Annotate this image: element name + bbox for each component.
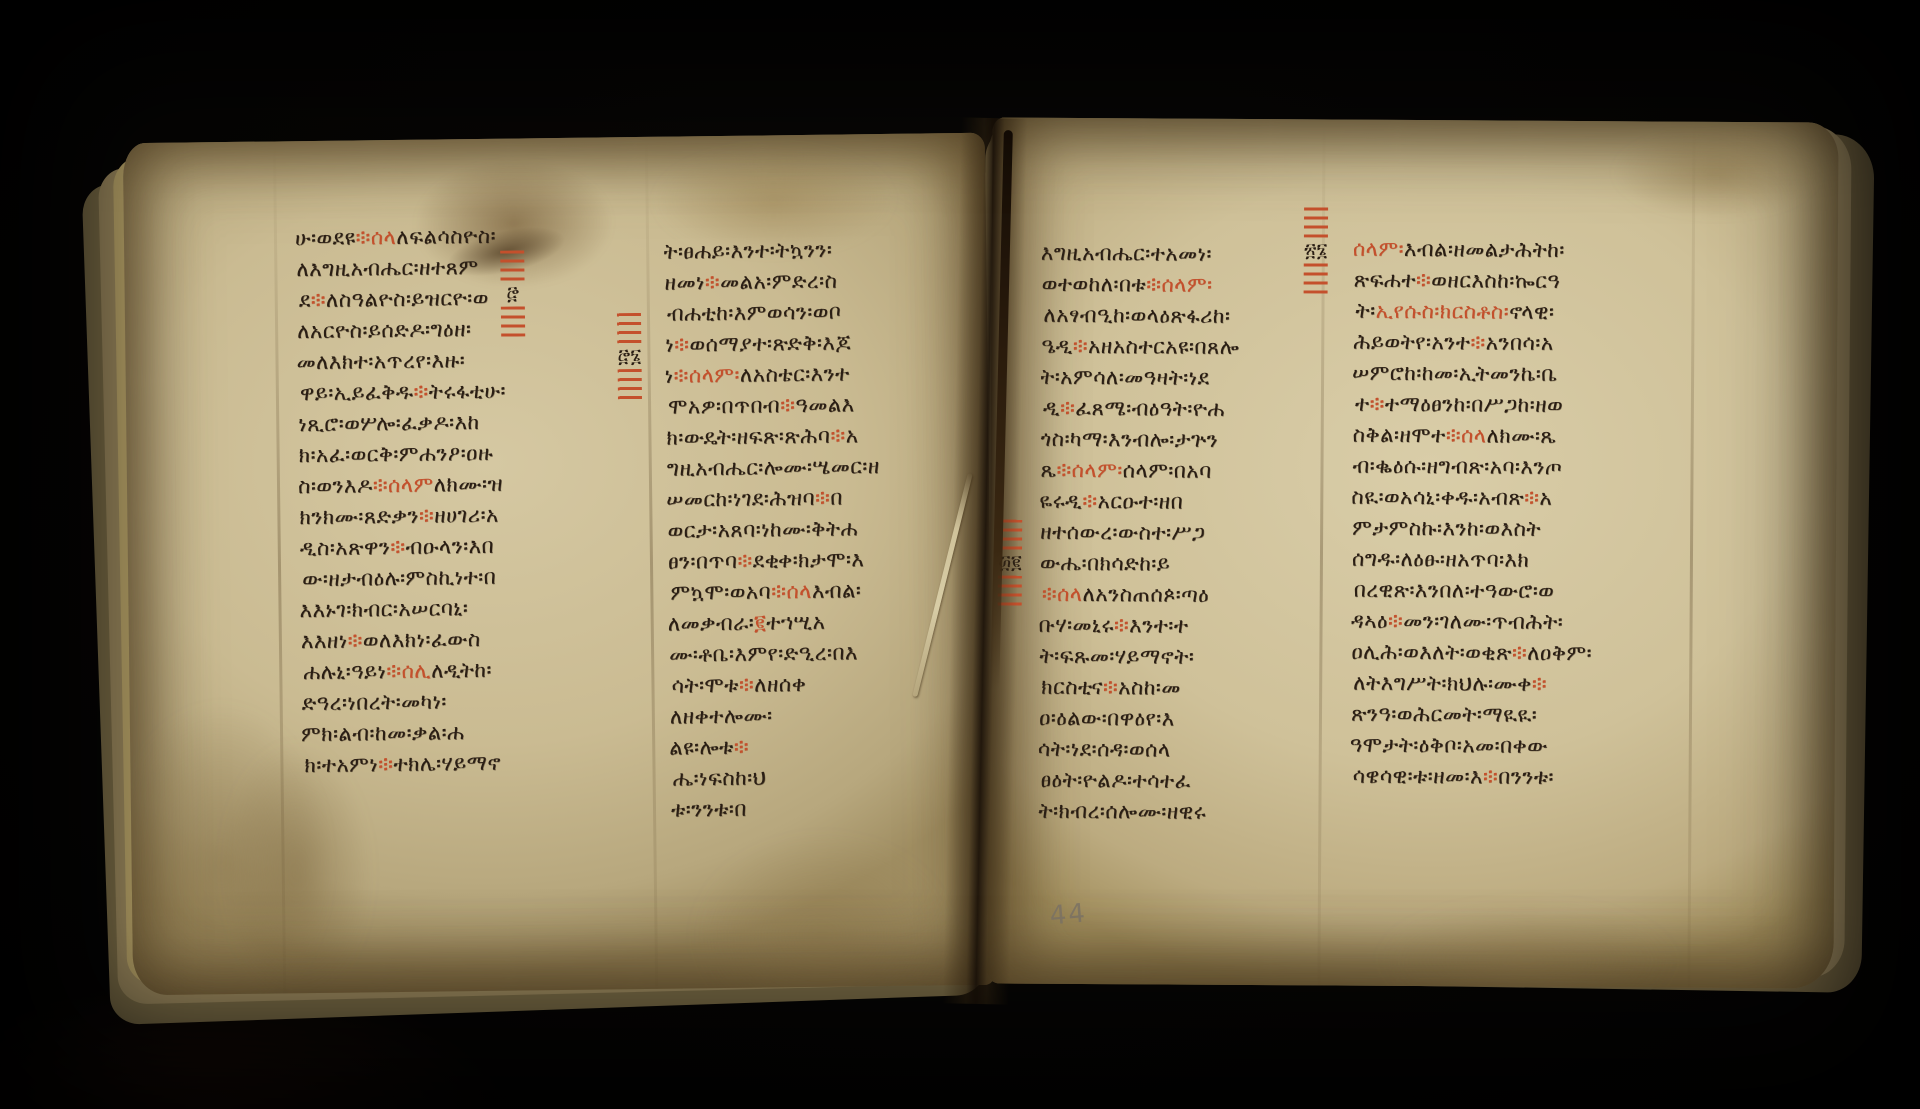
ink-text: ዲ [1043, 396, 1060, 420]
text-line: ክ፡ተአምነ፨ተክሌ፡ሃይማኖ [304, 746, 641, 781]
text-line: ድዓረ፡ነበረት፡መካነ፡ [301, 684, 639, 719]
text-line: ፀዕት፡ዮልዶ፡ተሳተፈ [1041, 765, 1343, 798]
ink-text: ነ [665, 364, 674, 388]
text-line: ዓሞታት፡ዕቅቦ፡አመ፡በቀው [1350, 730, 1679, 763]
rubric-text: ፨ሰላም፡ [673, 363, 740, 388]
ink-text: ስቅል፡ዘሞተ [1353, 423, 1446, 448]
rubric-dashes [617, 313, 641, 343]
ink-text: ሰግዱ፡ለዕፁ፡ዘአጥባ፡እክ [1352, 547, 1529, 572]
ink-text: በ [830, 486, 843, 510]
rubric-text: ፨ሰላ [1042, 582, 1083, 606]
rubric-text: ፨ [830, 423, 846, 447]
ink-text: ደቂቀ፡ክታሞ፡እ [753, 547, 865, 572]
rubric-text: ፨ [311, 288, 327, 312]
rubric-text: ፨ [390, 535, 406, 559]
rubric-text: ፨ሰላም [373, 473, 434, 498]
ruling-crease [273, 141, 286, 993]
ink-text: ዓሞታት፡ዕቅቦ፡አመ፡በቀው [1350, 733, 1547, 758]
text-line: ነጺሮ፡ወሦሎ፡ፈቃዶ፡እከ [298, 405, 636, 440]
ink-text: እእዘነ [301, 629, 348, 654]
text-line: ምታምስኩ፡እንከ፡ወእስት [1352, 513, 1682, 546]
rubric-text: ፨ሰላም፡ [1146, 272, 1212, 296]
ink-text: ልዩ፡ሎቱ [669, 735, 734, 760]
rubric-text: ፨ሰላ [355, 225, 396, 249]
ink-text: ተኀሢአ [766, 610, 826, 635]
rubric-text: ፨ [1483, 764, 1498, 788]
text-line: ጽፍሐተ፨ወዘርእስከ፡ኰርዓ [1354, 265, 1684, 298]
ethiopic-numeral: ፸ [506, 282, 519, 304]
rubric-text: ፨ [1370, 392, 1385, 416]
ink-text: ክ፡አፈ፡ወርቅ፡ምሐንዖ፡ዐዙ [299, 441, 494, 467]
rubric-text: ሰላም፡ [1353, 237, 1404, 261]
ink-text: ዋይ፡ኢይፈቅዱ [300, 380, 414, 405]
ink-text: ድዓረ፡ነበረት፡መካነ፡ [302, 689, 447, 715]
ink-text: እንተ፡ተ [1129, 613, 1188, 637]
rubric-text: ፨ሰላ [771, 579, 812, 603]
ink-text: ለዘቀተሎሙ፡ [670, 703, 773, 728]
text-line: ብ፡ቈዕሱ፡ዘግብጽ፡አባ፡እንጦ [1352, 451, 1682, 484]
ink-text: ዘሀገሪ፡አ [434, 503, 499, 528]
ink-text: እብል፡ዘመልታሕትከ፡ [1404, 237, 1565, 262]
text-line: ሐሉኒ፡ዓይነ፨ሰሊለዲትከ፡ [303, 653, 641, 688]
rubric-dashes [618, 369, 642, 399]
ink-text: ለዘሰቀ [754, 672, 806, 697]
ink-text: ለአንስጠሰጶ፡ጣዕ [1082, 582, 1209, 607]
ink-text: ኖላዊ፡ [1509, 300, 1554, 324]
text-line: በረዊጽ፡እንበለ፡ተዓውሮ፡ወ [1354, 575, 1684, 608]
text-line: ለእግዚአብሔር፡ዘተጸም [296, 250, 634, 285]
ink-text: አስከ፡መ [1118, 675, 1181, 699]
ink-text: አ [1539, 486, 1552, 510]
rubric-text: ፨ [1060, 396, 1075, 420]
rubric-text: ፨ [1082, 489, 1097, 513]
ink-text: ዬሩዲ [1039, 489, 1082, 513]
rubric-dashes [1304, 263, 1328, 293]
text-line: ደ፨ለስዓልዮስ፡ይዝርዮ፡ወ [299, 281, 637, 316]
ink-text: ተ [1355, 392, 1370, 416]
ink-text: ጎስ፡ካማ፡እንብሎ፡ታጕን [1041, 427, 1219, 452]
ink-text: ወርታ፡አጸባ፡ነከሙ፡ቅትሐ [667, 516, 858, 542]
text-line: ጼ፨ሰላም፡ሰላም፡በአባ [1040, 455, 1342, 488]
stain [1377, 900, 1678, 989]
ink-text: ዐሊሕ፡ወእለት፡ወቂጽ [1351, 640, 1512, 665]
text-line: ት፡ፍጹመ፡ሃይማኖት፡ [1039, 641, 1341, 674]
ink-text: ዐ፡ዕልው፡በዋዕየ፡እ [1039, 706, 1175, 731]
text-line: ምኳሞ፡ወአባ፨ሰላእብል፡ [670, 574, 970, 609]
text-line: ለትእግሥት፡ክህሉ፡ሙቀ፨ [1353, 668, 1683, 701]
rubric-text: ኢየሱስ፡ክርስቶስ፡ [1376, 299, 1510, 324]
rubric-text: ፨ [1470, 330, 1485, 354]
ink-text: ለአፃብዒከ፡ወላዕጽፋሪከ፡ [1043, 303, 1230, 328]
ink-text: ሁ፡ወደዩ [296, 225, 356, 250]
ink-text: ስዪ፡ወአሳኒ፡ቀዱ፡አብጽ [1351, 485, 1524, 510]
ink-text: እብል፡ [812, 578, 862, 603]
text-line: ዋይ፡ኢይፈቅዱ፨ትሩፋቲሁ፡ [300, 374, 638, 409]
stain [1612, 127, 1823, 218]
text-line: ለመቃብራ፡፪ተኀሢአ [668, 605, 968, 640]
ink-text: ሠምሮከ፡ከመ፡ኢትመንኬ፡ቤ [1352, 361, 1558, 386]
rubric-text: ፨ [1073, 334, 1088, 358]
fold-crease [1687, 122, 1695, 988]
text-line: ት፡ኢየሱስ፡ክርስቶስ፡ኖላዊ፡ [1355, 296, 1684, 329]
ink-text: ፈጸሜ፡ብዕዓት፡ዮሐ [1075, 396, 1225, 421]
text-line: ሞአዎ፡በጥበብ፨ዓመልእ [668, 388, 968, 423]
text-line: ስቅል፡ዘሞተ፨ሰላለክሙ፡ጼ [1353, 420, 1683, 453]
text-column-right-2: ሰላም፡እብል፡ዘመልታሕትከ፡ጽፍሐተ፨ወዘርእስከ፡ኰርዓት፡ኢየሱስ፡ክር… [1350, 234, 1683, 808]
ink-text: ሙ፡ቶቤ፡እምየ፡ድዒረ፡በእ [669, 640, 858, 666]
rubric-text: ፨ [674, 332, 690, 356]
text-line: ልዩ፡ሎቱ፨ [669, 729, 969, 764]
text-line: ስ፡ወንእዶ፨ሰላምለክሙ፡ዝ [298, 467, 636, 502]
ink-text: ወዘርእስከ፡ኰርዓ [1431, 268, 1560, 293]
ink-text: በንንቱ፡ [1498, 765, 1554, 789]
ink-text: አንበሳ፡አ [1486, 330, 1554, 354]
ink-text: ዳኣዕ [1351, 609, 1388, 633]
ink-text: ዘመነ [664, 270, 705, 294]
ink-text: ትሩፋቲሁ፡ [429, 379, 506, 404]
text-line: ወርታ፡አጸባ፡ነከሙ፡ቅትሐ [667, 512, 967, 547]
rubric-text: ፨ [413, 380, 429, 404]
text-line: ሠመርከ፡ነገደ፡ሕዝባ፨በ [666, 481, 966, 516]
rubric-text: ፨ሰሊ [386, 659, 431, 684]
ink-text: እእኑገ፡ክብር፡አሠርባኒ፡ [299, 596, 468, 622]
ink-text: መን፡ገለሙ፡ጥብሕት፡ [1403, 609, 1563, 634]
text-line: ዐ፡ዕልው፡በዋዕየ፡እ [1039, 703, 1341, 736]
ink-text: ግዚአብሔር፡ሎሙ፡ሤመር፡ዘ [667, 454, 880, 481]
ink-text: ተክሌ፡ሃይማኖ [393, 751, 501, 776]
rubric-text: ፨ [1416, 268, 1431, 292]
ink-text: ለፍልሳስዮስ፡ [396, 224, 496, 249]
rubric-text: ፨ [347, 628, 363, 652]
ink-text: ጽንዓ፡ወሕርመት፡ማዪዪ፡ [1351, 702, 1537, 727]
text-line: ሳዌሳዊ፡ቱ፡ዘመ፡እ፨በንንቱ፡ [1353, 761, 1683, 794]
ink-text: ቡሃ፡መኒሩ [1038, 613, 1114, 637]
text-line: ስዪ፡ወአሳኒ፡ቀዱ፡አብጽ፨አ [1351, 482, 1681, 515]
ink-text: አርዑተ፡ዘበ [1097, 489, 1183, 514]
text-column-right-1: እግዚአብሔር፡ተአመነ፡ወተወከለ፡በቱ፨ሰላም፡ለአፃብዒከ፡ወላዕጽፋሪከ… [1038, 238, 1344, 840]
ink-text: መልአ፡ምድረ፡ስ [720, 269, 838, 294]
text-line: እግዚአብሔር፡ተአመነ፡ [1041, 238, 1343, 271]
rubric-text: ፨ [419, 504, 435, 528]
text-line: ምክ፡ልብ፡ከመ፡ቃል፡ሐ [301, 715, 639, 750]
rubric-text: ፨ [1114, 613, 1129, 637]
text-line: ዲ፨ፈጸሜ፡ብዕዓት፡ዮሐ [1043, 393, 1344, 426]
ink-text: ክ፡ውዴት፡ዘፍጽ፡ጽሕባ [666, 424, 830, 450]
ink-text: ወተወከለ፡በቱ [1042, 272, 1147, 297]
text-line: ሰግዱ፡ለዕፁ፡ዘአጥባ፡እክ [1352, 544, 1682, 577]
text-line: ት፡ክብረ፡ሰሎሙ፡ዘዊሩ [1038, 796, 1340, 829]
text-line: ነ፨ወሰማያተ፡ጽድቅ፡እጆ [665, 326, 965, 361]
margin-ornament: ፳፮ [1304, 207, 1329, 293]
text-line: ዘመነ፨መልአ፡ምድረ፡ስ [664, 264, 964, 299]
ink-text: ምታምስኩ፡እንከ፡ወእስት [1352, 516, 1541, 541]
ink-text: ለመቃብራ፡ [668, 611, 755, 636]
text-line: ፨ሰላለአንስጠሰጶ፡ጣዕ [1042, 579, 1344, 612]
ink-text: ሕይወትየ፡አንተ [1353, 330, 1470, 355]
rubric-text: ፨ [734, 735, 750, 759]
ink-text: ዘተሰውረ፡ውስተ፡ሥጋ [1040, 520, 1205, 545]
rubric-text: ፨ [1524, 486, 1539, 510]
ink-text: ስ፡ወንእዶ [298, 473, 373, 498]
ink-text: ለስዓልዮስ፡ይዝርዮ፡ወ [326, 286, 489, 312]
ink-text: አ [845, 423, 858, 447]
ink-text: ነጺሮ፡ወሦሎ፡ፈቃዶ፡እከ [298, 410, 480, 436]
ink-text: ለዲትከ፡ [431, 658, 492, 683]
ink-text: ጼ [1040, 458, 1056, 482]
ink-text: ት፡አምሳለ፡መዓዛት፡ነደ [1040, 365, 1210, 390]
rubric-dashes [500, 250, 524, 280]
ink-text: ው፡ዘታብዕሉ፡ምስኪነተ፡በ [302, 565, 496, 591]
ink-text: ውሔ፡በክሳድከ፡ይ [1040, 551, 1170, 576]
ink-text: ሰላም፡በአባ [1123, 458, 1212, 483]
ink-text: ፀን፡በጥባ [668, 549, 738, 574]
ink-text: ት፡ [1355, 299, 1375, 323]
text-line: ብሐቲከ፡እምወሳን፡ወቦ [667, 295, 967, 330]
ink-text: ለክሙ፡ጼ [1486, 423, 1556, 447]
rubric-text: ፨ሰላ [1446, 423, 1487, 447]
ink-text: ብ፡ቈዕሱ፡ዘግብጽ፡አባ፡እንጦ [1352, 454, 1562, 479]
text-line: ው፡ዘታብዕሉ፡ምስኪነተ፡በ [302, 560, 640, 595]
text-line: ት፡ፀሐይ፡እንተ፡ትኳንን፡ [664, 233, 963, 268]
stain [691, 833, 953, 995]
rubric-text: ፨ [1103, 675, 1118, 699]
margin-ornament: ፸ [500, 250, 525, 336]
text-line: ሕይወትየ፡አንተ፨አንበሳ፡አ [1353, 327, 1683, 360]
margin-ornament: ፸፮ [617, 313, 642, 399]
ink-text: ት፡ፀሐይ፡እንተ፡ትኳንን፡ [664, 238, 832, 264]
ruling-crease [645, 137, 658, 989]
ink-text: ተማዕፀንከ፡በሥጋከ፡ዘወ [1385, 392, 1563, 417]
text-line: ቡሃ፡መኒሩ፨እንተ፡ተ [1038, 610, 1340, 643]
ink-text: ክርስቲና [1041, 675, 1103, 699]
text-column-left-1: ሁ፡ወደዩ፨ሰላለፍልሳስዮስ፡ለእግዚአብሔር፡ዘተጸምደ፨ለስዓልዮስ፡ይዝ… [296, 219, 641, 793]
ink-text: ዲስ፡አጽዋን [300, 535, 391, 560]
rubric-text: ፨ሰላም፡ [1056, 458, 1122, 482]
ink-text: ለትእግሥት፡ክህሉ፡ሙቀ [1353, 671, 1532, 696]
text-line: ት፡አምሳለ፡መዓዛት፡ነደ [1040, 362, 1342, 395]
text-line: እእዘነ፨ወለእክነ፡ፈውስ [301, 622, 639, 657]
text-line: ዬሩዲ፨አርዑተ፡ዘበ [1039, 486, 1341, 519]
text-line: ተ፨ተማዕፀንከ፡በሥጋከ፡ዘወ [1355, 389, 1684, 422]
ink-text: ብዑላን፡እበ [405, 534, 494, 559]
ink-text: ወለእክነ፡ፈውስ [363, 627, 481, 652]
ink-text: ወሰማያተ፡ጽድቅ፡እጆ [689, 330, 851, 356]
text-line: ክ፡ውዴት፡ዘፍጽ፡ጽሕባ፨አ [666, 419, 966, 454]
text-line: እእኑገ፡ክብር፡አሠርባኒ፡ [299, 591, 637, 626]
ink-text: ለዐቅም፡ [1527, 641, 1592, 665]
ink-text: ፀዕት፡ዮልዶ፡ተሳተፈ [1041, 768, 1191, 793]
text-line: ዔዲ፨አዘአስተርአዩ፡በጸሎ [1041, 331, 1343, 364]
ink-text: ለአስቴር፡እንተ [740, 361, 850, 386]
ink-text: መለእክተ፡አጥረየ፡እዙ፡ [296, 348, 465, 374]
ink-text: ጽፍሐተ [1354, 268, 1416, 292]
right-page: እግዚአብሔር፡ተአመነ፡ወተወከለ፡በቱ፨ሰላም፡ለአፃብዒከ፡ወላዕጽፋሪከ… [987, 117, 1838, 988]
rubric-text: ፪ [754, 610, 766, 634]
manuscript-photo: ሁ፡ወደዩ፨ሰላለፍልሳስዮስ፡ለእግዚአብሔር፡ዘተጸምደ፨ለስዓልዮስ፡ይዝ… [0, 0, 1920, 1109]
rubric-text: ፨ [1532, 672, 1547, 696]
text-line: ለአርዮስ፡ይሰድዶ፡ግዕዘ፡ [297, 312, 635, 347]
ink-text: ለክሙ፡ዝ [433, 472, 503, 497]
rubric-text: ፨ [780, 393, 796, 417]
ink-text: ቱ፡ንንቱ፡በ [671, 797, 747, 822]
ethiopic-numeral: ፸፮ [617, 345, 641, 367]
text-line: ሳት፡ሞቱ፨ለዘሰቀ [671, 667, 971, 702]
text-line: ሳት፡ነደ፡ሰዳ፡ወሰላ [1038, 734, 1340, 767]
ink-text: ሞአዎ፡በጥበብ [668, 393, 780, 418]
rubric-text: ፨ [737, 549, 753, 573]
ink-text: ሳት፡ሞቱ [671, 673, 739, 698]
text-line: ወተወከለ፡በቱ፨ሰላም፡ [1042, 269, 1344, 302]
text-line: ሁ፡ወደዩ፨ሰላለፍልሳስዮስ፡ [296, 219, 633, 254]
ink-text: ለአርዮስ፡ይሰድዶ፡ግዕዘ፡ [297, 317, 472, 343]
text-line: ዐሊሕ፡ወእለት፡ወቂጽ፨ለዐቅም፡ [1351, 637, 1681, 670]
ink-text: እግዚአብሔር፡ተአመነ፡ [1041, 241, 1212, 266]
text-line: ክ፡አፈ፡ወርቅ፡ምሐንዖ፡ዐዙ [298, 436, 636, 471]
text-line: ነ፨ሰላም፡ለአስቴር፡እንተ [665, 357, 965, 392]
ink-text: ነ [665, 333, 674, 357]
text-line: ቱ፡ንንቱ፡በ [671, 791, 971, 826]
text-line: ክንክሙ፡ጸድቃን፨ዘሀገሪ፡አ [299, 498, 637, 533]
rubric-text: ፨ [1512, 641, 1527, 665]
ink-text: ክንክሙ፡ጸድቃን [299, 504, 419, 529]
text-column-left-2: ት፡ፀሐይ፡እንተ፡ትኳንን፡ዘመነ፨መልአ፡ምድረ፡ስብሐቲከ፡እምወሳን፡ወ… [664, 233, 971, 837]
ink-text: ምኳሞ፡ወአባ [670, 579, 771, 604]
text-line: ለዘቀተሎሙ፡ [670, 698, 970, 733]
ink-text: ለእግዚአብሔር፡ዘተጸም [296, 255, 478, 281]
ink-text: ት፡ክብረ፡ሰሎሙ፡ዘዊሩ [1038, 799, 1206, 824]
ink-text: ት፡ፍጹመ፡ሃይማኖት፡ [1039, 644, 1194, 669]
rubric-dashes [1304, 207, 1328, 237]
pencil-folio-number: 44 [1049, 898, 1088, 931]
ethiopic-numeral: ፳፮ [1304, 239, 1327, 261]
ink-text: በረዊጽ፡እንበለ፡ተዓውሮ፡ወ [1354, 578, 1555, 603]
text-line: ዲስ፡አጽዋን፨ብዑላን፡እበ [300, 529, 638, 564]
rubric-dashes [501, 306, 525, 336]
text-line: ፀን፡በጥባ፨ደቂቀ፡ክታሞ፡እ [668, 543, 968, 578]
ink-text: ክ፡ተአምነ [304, 752, 378, 777]
ink-text: ዓመልእ [795, 392, 854, 417]
text-line: መለእክተ፡አጥረየ፡እዙ፡ [296, 343, 634, 378]
left-page: ሁ፡ወደዩ፨ሰላለፍልሳስዮስ፡ለእግዚአብሔር፡ዘተጸምደ፨ለስዓልዮስ፡ይዝ… [123, 133, 995, 995]
text-line: ዘተሰውረ፡ውስተ፡ሥጋ [1040, 517, 1342, 550]
rubric-text: ፨ [815, 486, 831, 510]
text-line: ለአፃብዒከ፡ወላዕጽፋሪከ፡ [1043, 300, 1344, 333]
text-line: ሠምሮከ፡ከመ፡ኢትመንኬ፡ቤ [1352, 358, 1682, 391]
ink-text: ደ [299, 288, 311, 312]
ink-text: ዔዲ [1041, 334, 1073, 358]
text-line: ግዚአብሔር፡ሎሙ፡ሤመር፡ዘ [667, 450, 967, 485]
rubric-text: ፨ [378, 752, 394, 776]
text-line: ውሔ፡በክሳድከ፡ይ [1040, 548, 1342, 581]
ink-text: ሐሉኒ፡ዓይነ [303, 659, 386, 684]
rubric-text: ፨ [705, 270, 721, 294]
ink-text: አዘአስተርአዩ፡በጸሎ [1088, 334, 1239, 359]
text-line: ክርስቲና፨አስከ፡መ [1041, 672, 1343, 705]
text-line: ጽንዓ፡ወሕርመት፡ማዪዪ፡ [1351, 699, 1681, 732]
rubric-text: ፨ [1388, 609, 1403, 633]
ink-text: ምክ፡ልብ፡ከመ፡ቃል፡ሐ [301, 720, 465, 746]
text-line: ዳኣዕ፨መን፡ገለሙ፡ጥብሕት፡ [1350, 606, 1680, 639]
ink-text: ብሐቲከ፡እምወሳን፡ወቦ [667, 300, 842, 326]
ink-text: ሳት፡ነደ፡ሰዳ፡ወሰላ [1038, 737, 1170, 762]
ink-text: ሔ፡ነፍስከ፡ህ [672, 765, 766, 790]
text-line: ሰላም፡እብል፡ዘመልታሕትከ፡ [1353, 234, 1683, 267]
text-line: ጎስ፡ካማ፡እንብሎ፡ታጕን [1041, 424, 1343, 457]
text-line: ሔ፡ነፍስከ፡ህ [672, 760, 971, 795]
ink-text: ሳዌሳዊ፡ቱ፡ዘመ፡እ [1353, 764, 1483, 789]
ink-text: ሠመርከ፡ነገደ፡ሕዝባ [666, 486, 815, 512]
rubric-text: ፨ [739, 673, 755, 697]
